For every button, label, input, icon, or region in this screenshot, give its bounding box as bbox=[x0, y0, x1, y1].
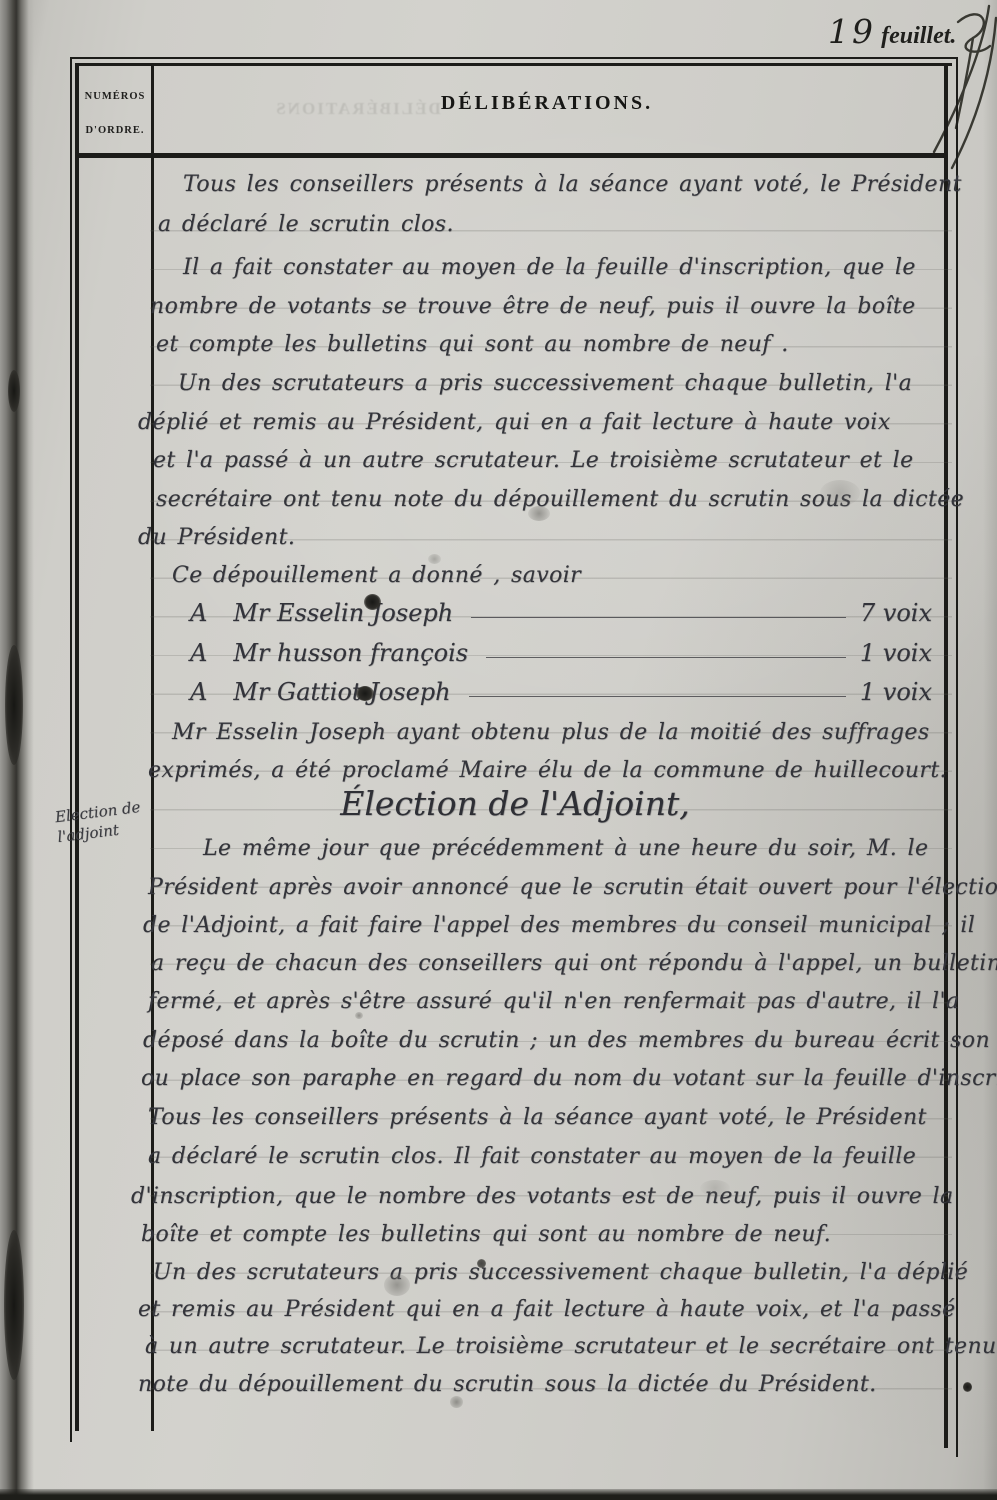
tally-leader-line bbox=[471, 617, 846, 618]
manuscript-line: déplié et remis au Président, qui en a f… bbox=[138, 410, 891, 435]
manuscript-line: Un des scrutateurs a pris successivement… bbox=[153, 1260, 968, 1285]
tally-votes: 1 voix bbox=[860, 678, 932, 706]
manuscript-line: a déclaré le scrutin clos. Il fait const… bbox=[148, 1144, 916, 1169]
ink-spot bbox=[428, 554, 441, 564]
section-heading: Élection de l'Adjoint, bbox=[285, 784, 745, 823]
tally-votes: 1 voix bbox=[860, 639, 932, 667]
manuscript-line: a reçu de chacun des conseillers qui ont… bbox=[151, 951, 997, 976]
folio-number: 19 bbox=[828, 12, 876, 51]
scan-right-edge-shading bbox=[983, 0, 997, 1500]
manuscript-line: Un des scrutateurs a pris successivement… bbox=[178, 371, 912, 396]
tally-candidate: Mr husson françois bbox=[233, 639, 468, 667]
manuscript-line: et remis au Président qui en a fait lect… bbox=[138, 1297, 956, 1322]
header-rule bbox=[76, 153, 944, 158]
tally-prefix: A bbox=[190, 678, 207, 706]
ink-spot bbox=[528, 506, 550, 521]
manuscript-line: Il a fait constater au moyen de la feuil… bbox=[183, 255, 916, 280]
tally-votes: 7 voix bbox=[860, 599, 932, 627]
manuscript-line: Ce dépouillement a donné , savoir bbox=[172, 563, 581, 588]
binding-stain bbox=[4, 1230, 24, 1380]
frame-right-outer bbox=[956, 57, 958, 1457]
manuscript-line: exprimés, a été proclamé Maire élu de la… bbox=[148, 758, 947, 783]
tally-prefix: A bbox=[190, 599, 207, 627]
tally-candidate: Mr Esselin Joseph bbox=[233, 599, 453, 627]
manuscript-line: à un autre scrutateur. Le troisième scru… bbox=[145, 1334, 997, 1359]
manuscript-line: boîte et compte les bulletins qui sont a… bbox=[141, 1222, 831, 1247]
manuscript-line: ou place son paraphe en regard du nom du… bbox=[141, 1066, 997, 1091]
manuscript-line: et l'a passé à un autre scrutateur. Le t… bbox=[153, 448, 914, 473]
manuscript-line: Président après avoir annoncé que le scr… bbox=[148, 875, 997, 900]
ink-spot bbox=[364, 594, 381, 610]
manuscript-line: de l'Adjoint, a fait faire l'appel des m… bbox=[143, 913, 975, 938]
manuscript-line: Le même jour que précédemment à une heur… bbox=[203, 836, 928, 861]
manuscript-line: d'inscription, que le nombre des votants… bbox=[131, 1184, 953, 1209]
tally-row: A Mr husson françois 1 voix bbox=[190, 639, 932, 667]
tally-row: A Mr Esselin Joseph 7 voix bbox=[190, 599, 932, 627]
manuscript-line: note du dépouillement du scrutin sous la… bbox=[138, 1372, 877, 1397]
tally-candidate: Mr Gattiot Joseph bbox=[233, 678, 450, 706]
stain bbox=[384, 1274, 410, 1296]
tally-prefix: A bbox=[190, 639, 207, 667]
stain bbox=[700, 1180, 730, 1196]
tally-row: A Mr Gattiot Joseph 1 voix bbox=[190, 678, 932, 706]
ink-spot bbox=[355, 1012, 363, 1019]
manuscript-line: a déclaré le scrutin clos. bbox=[158, 212, 454, 237]
manuscript-line: Mr Esselin Joseph ayant obtenu plus de l… bbox=[172, 720, 930, 745]
frame-top-outer bbox=[70, 57, 958, 59]
margin-note: Election de l'adjoint bbox=[54, 797, 144, 847]
manuscript-line: fermé, et après s'être assuré qu'il n'en… bbox=[148, 989, 959, 1014]
frame-left-outer bbox=[70, 57, 72, 1442]
manuscript-line: Tous les conseillers présents à la séanc… bbox=[148, 1105, 927, 1130]
manuscript-line: déposé dans la boîte du scrutin ; un des… bbox=[143, 1028, 997, 1053]
order-numbers-line1: NUMÉROS bbox=[80, 80, 150, 114]
manuscript-line: et compte les bulletins qui sont au nomb… bbox=[156, 332, 789, 357]
tally-leader-line bbox=[469, 696, 846, 697]
frame-left-inner bbox=[75, 63, 79, 1431]
register-page: 19 feuillet. NUMÉROS D'ORDRE. DÉLIBÉRATI… bbox=[0, 0, 997, 1500]
manuscript-line: du Président. bbox=[138, 525, 295, 550]
scan-bottom-edge bbox=[0, 1489, 997, 1500]
frame-top-inner bbox=[75, 63, 952, 66]
stain bbox=[820, 480, 860, 506]
ink-spot bbox=[963, 1382, 972, 1392]
manuscript-line: Tous les conseillers présents à la séanc… bbox=[183, 172, 962, 197]
binding-stain bbox=[8, 370, 20, 412]
tally-leader-line bbox=[486, 657, 846, 658]
page-title: DÉLIBÉRATIONS. bbox=[152, 92, 942, 115]
manuscript-line: nombre de votants se trouve être de neuf… bbox=[150, 294, 916, 319]
ink-spot bbox=[356, 686, 374, 701]
ink-spot bbox=[477, 1259, 486, 1268]
order-numbers-line2: D'ORDRE. bbox=[80, 114, 150, 148]
order-numbers-column-header: NUMÉROS D'ORDRE. bbox=[80, 80, 150, 148]
ink-spot bbox=[450, 1396, 463, 1408]
binding-stain bbox=[5, 645, 23, 765]
